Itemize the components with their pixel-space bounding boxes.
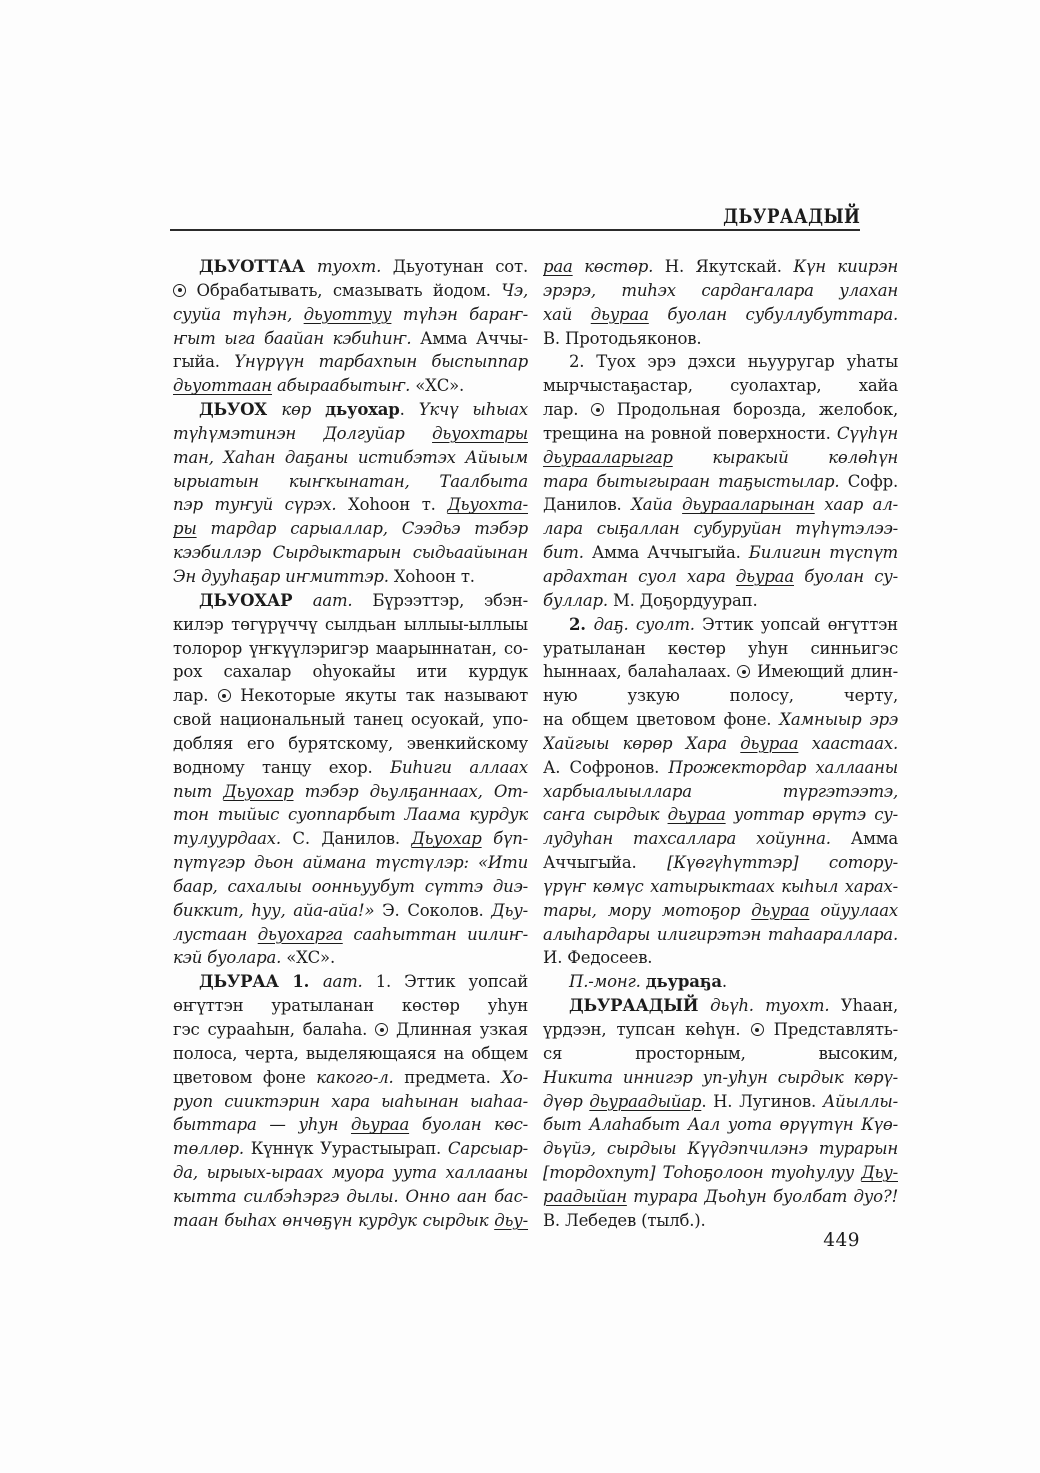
body-text: Дьу- — [491, 901, 528, 920]
body-text: Хоһоон т. — [394, 567, 475, 586]
body-text: какого-л. — [316, 1068, 404, 1087]
text-line: пыт Дьуохар тэбэр дьулҕаннаах, От- — [173, 780, 528, 804]
body-text: саҥа сырдык — [543, 805, 668, 824]
body-text: алыһардары илигирэтэн таһаараллара. — [543, 925, 898, 944]
body-text: пыт — [173, 782, 223, 801]
text-line: раадыйан турара Дьоһун буолбат дуо?! — [543, 1185, 898, 1209]
body-text: ную узкую полосу, черту, выделяющуюся — [543, 686, 898, 708]
body-text: тан, Хаһан даҕаны истибэтэх Айыым — [173, 448, 528, 467]
text-line: толорор үҥкүүлэригэр маарыннатан, со- — [173, 637, 528, 661]
body-text: Үкчү ыһыах — [419, 400, 528, 419]
text-line: ры тардар сарыаллар, Сээдьэ тэбэр дьү- — [173, 517, 528, 541]
text-line: кээбиллэр Сырдыктарын сыдьаайынан — [173, 541, 528, 565]
body-text: баар, сахалыы оонньуубут сүттэ диэ- — [173, 877, 528, 896]
body-text: добляя его бурятскому, эвенкийскому хоро… — [173, 734, 528, 756]
body-text: водному танцу ехор. — [173, 758, 390, 777]
text-line: быттара — уһун дьураа буолан көс- — [173, 1113, 528, 1137]
headword-reference: дьу- — [494, 1211, 528, 1230]
text-line: гыйа. Үнүрүүн тарбахпын быспыппар — [173, 350, 528, 374]
headword-reference: Дьу- — [861, 1163, 898, 1182]
text-line: буллар. М. Доҕордуурап. — [543, 589, 898, 613]
body-text: рох сахалар оһуокайы ити курдук ааттыы- — [173, 662, 528, 684]
text-line: на общем цветовом фоне. Хамныыр эрэ — [543, 708, 898, 732]
text-line: дьурааларыгар кыракый көлөһүн таммах- — [543, 446, 898, 470]
headword-reference: Дьуохта- — [447, 495, 528, 514]
body-text: уоттар өрүтэ су- — [726, 805, 898, 824]
body-text: Представлять- — [764, 1020, 898, 1039]
body-text: тары, мору мотоҕор — [543, 901, 751, 920]
headword-reference: дьуохтары — [432, 424, 528, 443]
body-text: бүп- — [482, 829, 528, 848]
text-line: ДЬУОХАР аат. Бүрээттэр, эбэн- — [173, 589, 528, 613]
body-text: В. Лебедев (тылб.). — [543, 1211, 706, 1230]
body-text: Хоһоон т. — [348, 495, 447, 514]
headword-reference: дьуоттаан — [173, 376, 272, 395]
body-text: да, ырыых-ыраах муора уута халлааны — [173, 1163, 528, 1182]
body-text: көр — [281, 400, 325, 419]
headword-reference: дьураа — [668, 805, 726, 824]
text-line: ДЬУОТТАА туохт. Дьуотунан сот. — [173, 255, 528, 279]
body-text: Сүүһүн — [837, 424, 898, 443]
running-head: ДЬУРААДЫЙ — [170, 204, 860, 228]
body-text: ойуулаах — [809, 901, 898, 920]
headword-text: ДЬУРАА 1. — [199, 972, 323, 991]
body-text: дьүһ. туохт. — [710, 996, 841, 1015]
body-text: пүтүгэр дьон аймана түстүлэр: «Ити — [173, 853, 528, 872]
header-rule — [170, 229, 860, 231]
body-text: аат. — [313, 591, 373, 610]
text-line: ДЬУРААДЫЙ дьүһ. туохт. Уһаан, — [543, 994, 898, 1018]
body-text: Амма Аччыгыйа. — [592, 543, 749, 562]
page-number: 449 — [700, 1230, 860, 1251]
headword-reference: дьуоттуу — [304, 305, 392, 324]
body-text: буолан субуллубуттара. — [649, 305, 898, 324]
body-text: быт Алаһабыт Аал уота өрүүтүн Күө- — [543, 1115, 898, 1134]
body-text: Э. Соколов. — [382, 901, 491, 920]
text-line: П.-монг. дьураҕа. — [543, 970, 898, 994]
headword-reference: дьураа — [751, 901, 809, 920]
text-line: мырчыстаҕастар, суолахтар, хайа барыы- — [543, 374, 898, 398]
body-text: толорор үҥкүүлэригэр маарыннатан, со- — [173, 639, 528, 658]
text-line: кытта силбэһэргэ дылы. Онно аан бас- — [173, 1185, 528, 1209]
body-text: килэр төгүрүччү сылдьан ыллыы-ыллыы — [173, 615, 528, 634]
body-text: тулуурдаах. — [173, 829, 292, 848]
body-text: тэбэр дьулҕаннаах, От- — [294, 782, 528, 801]
body-text: хай — [543, 305, 591, 324]
text-line: быт Алаһабыт Аал уота өрүүтүн Күө- — [543, 1113, 898, 1137]
headword-reference: Дьуохар — [223, 782, 293, 801]
body-text: Чэ, — [501, 281, 528, 300]
text-line: свой национальный танец осуокай, упо- — [173, 708, 528, 732]
text-line: лар. Продольная борозда, желобок, — [543, 398, 898, 422]
body-text: свой национальный танец осуокай, упо- — [173, 710, 528, 729]
headword-text: дьуохар — [325, 400, 399, 419]
body-text: гэс сурааһын, балаһа. — [173, 1020, 375, 1039]
headword-text: 2. — [569, 615, 594, 634]
body-text: кытта силбэһэргэ дылы. Онно аан бас- — [173, 1187, 528, 1206]
text-line: руоп сииктэрин хара ыаһынан ыаһаа- — [173, 1090, 528, 1114]
body-text: харбыалыыллара түргэтээтэ, саҥаттан — [543, 782, 898, 804]
text-line: В. Протодьяконов. — [543, 327, 898, 351]
text-line: 2. Туох эрэ дэхси ньууругар уһаты — [543, 350, 898, 374]
headword-reference: Дьуохар — [411, 829, 481, 848]
body-text: һыннаах, балаһалаах. — [543, 662, 737, 681]
body-text: цветовом фоне — [173, 1068, 316, 1087]
text-column-left: ДЬУОТТАА туохт. Дьуотунан сот. Обрабатыв… — [173, 255, 528, 1233]
text-line: Данилов. Хайа дьурааларынан хаар ал- — [543, 493, 898, 517]
body-text: бит. — [543, 543, 592, 562]
body-text: эрэрэ, тиһэх сардаҥалара улахан кытар- — [543, 281, 898, 303]
body-text: уратыланан көстөр уһун синньигэс сураа- — [543, 639, 898, 661]
text-line: цветовом фоне какого-л. предмета. Хо- — [173, 1066, 528, 1090]
text-line: рох сахалар оһуокайы ити курдук ааттыы- — [173, 660, 528, 684]
text-line: А. Софронов. Прожектордар халлааны — [543, 756, 898, 780]
text-line: эрэрэ, тиһэх сардаҥалара улахан кытар- — [543, 279, 898, 303]
text-line: тара бытыгыраан таҕыстылар. Софр. — [543, 470, 898, 494]
text-line: дүөр дьураадыйар. Н. Лугинов. Айыллы- — [543, 1090, 898, 1114]
body-text: үрүҥ көмүс хатырыктаах кыһыл харах- — [543, 877, 898, 896]
text-line: ся просторным, высоким, величественным. — [543, 1042, 898, 1066]
text-line: хай дьураа буолан субуллубуттара. — [543, 303, 898, 327]
sense-marker-icon — [737, 665, 750, 678]
body-text: С. Данилов. — [292, 829, 411, 848]
body-text: И. Федосеев. — [543, 948, 652, 967]
body-text: аат. — [323, 972, 376, 991]
body-text: Амма — [851, 829, 898, 848]
text-line: алыһардары илигирэтэн таһаараллара. — [543, 923, 898, 947]
sense-marker-icon — [173, 284, 186, 297]
text-line: кэй буолара. «ХС». — [173, 946, 528, 970]
text-column-right: раа көстөр. Н. Якутскай. Күн киирэнэрэрэ… — [543, 255, 898, 1233]
body-text: Хайгыы көрөр Хара — [543, 734, 740, 753]
body-text: 1. Эттик уопсай — [376, 972, 528, 991]
headword-reference: дьураадыйар — [589, 1092, 701, 1111]
body-text: өҥүттэн уратыланан көстөр уһун синньи- — [173, 996, 528, 1018]
body-text: буолан су- — [794, 567, 898, 586]
body-text: дүөр — [543, 1092, 589, 1111]
body-text: кэй буолара. — [173, 948, 286, 967]
body-text: . — [400, 400, 419, 419]
body-text: Прожектордар халлааны — [668, 758, 898, 777]
text-line: өҥүттэн уратыланан көстөр уһун синньи- — [173, 994, 528, 1018]
body-text: М. Доҕордуурап. — [613, 591, 758, 610]
body-text: гыйа. — [173, 352, 234, 371]
text-line: лустаан дьуохарга сааһыттан иилиҥ- — [173, 923, 528, 947]
body-text: Күннүк Уурастыырап. — [251, 1139, 448, 1158]
body-text: тон тыйыс суоппарбыт Лаама курдук — [173, 805, 528, 824]
body-text: на общем цветовом фоне. — [543, 710, 779, 729]
body-text: ҥыт ыга баайан кэбиһиҥ. — [173, 329, 420, 348]
body-text: Уһаан, — [841, 996, 898, 1015]
running-head-title: ДЬУРААДЫЙ — [723, 204, 860, 228]
body-text: П.-монг. — [569, 972, 646, 991]
body-text: абыраабытыҥ. — [272, 376, 415, 395]
text-line: гэс сурааһын, балаһа. Длинная узкая — [173, 1018, 528, 1042]
text-line: трещина на ровной поверхности. Сүүһүн — [543, 422, 898, 446]
text-line: лара сыҕаллан субуруйан түһүтэлээ- — [543, 517, 898, 541]
text-line: водному танцу ехор. Биһиги аллаах газик- — [173, 756, 528, 780]
text-line: лар. Некоторые якуты так называют — [173, 684, 528, 708]
body-text: Билигин түспүт — [749, 543, 898, 562]
body-text: Обрабатывать, смазывать йодом. — [186, 281, 501, 300]
text-line: килэр төгүрүччү сылдьан ыллыы-ыллыы — [173, 613, 528, 637]
headword-reference: ры — [173, 519, 197, 538]
body-text: пэр туҥуй сүрэх. — [173, 495, 348, 514]
body-text: Күн киирэн — [793, 257, 898, 276]
body-text: үрдээн, тупсан көһүн. — [543, 1020, 751, 1039]
body-text: сааһыттан иилиҥ- — [343, 925, 528, 944]
body-text: . Н. Лугинов. — [701, 1092, 823, 1111]
body-text: «ХС». — [286, 948, 335, 967]
body-text: буллар. — [543, 591, 613, 610]
headword-reference: раа — [543, 257, 573, 276]
body-text: Аччыгыйа. — [543, 853, 667, 872]
headword-text: ДЬУОХ — [199, 400, 281, 419]
body-text: лар. — [543, 400, 591, 419]
body-text: буолан көс- — [409, 1115, 528, 1134]
body-text: Длинная узкая — [388, 1020, 528, 1039]
body-text: 2. Туох эрэ дэхси ньууругар уһаты — [569, 352, 898, 371]
text-line: үрдээн, тупсан көһүн. Представлять- — [543, 1018, 898, 1042]
body-text: Эттик уопсай өҥүттэн — [702, 615, 898, 634]
text-line: сууйа түһэн, дьуоттуу түһэн бараҥ- — [173, 303, 528, 327]
text-line: тары, мору мотоҕор дьураа ойуулаах — [543, 899, 898, 923]
sense-marker-icon — [751, 1023, 764, 1036]
text-line: уратыланан көстөр уһун синньигэс сураа- — [543, 637, 898, 661]
text-line: Эн дууһаҕар иҥмиттэр. Хоһоон т. — [173, 565, 528, 589]
body-text: Н. Якутскай. — [665, 257, 794, 276]
text-line: саҥа сырдык дьураа уоттар өрүтэ су- — [543, 803, 898, 827]
body-text: сууйа түһэн, — [173, 305, 304, 324]
body-text: көстөр. — [573, 257, 665, 276]
text-line: Никита иннигэр уп-уһун сырдык көрү- — [543, 1066, 898, 1090]
body-text: ардахтан суол хара — [543, 567, 736, 586]
body-text: Софр. — [848, 472, 898, 491]
body-text: дьүйэ, сырдыы Күүдэпчилэнэ турарын — [543, 1139, 898, 1158]
headword-reference: дьурааларынан — [682, 495, 815, 514]
text-line: үрүҥ көмүс хатырыктаах кыһыл харах- — [543, 875, 898, 899]
headword-reference: дьураа — [351, 1115, 409, 1134]
headword-reference: дьураа — [736, 567, 794, 586]
text-line: дьүйэ, сырдыы Күүдэпчилэнэ турарын — [543, 1137, 898, 1161]
text-line: таан быһах өнчөҕүн курдук сырдык дьу- — [173, 1209, 528, 1233]
body-text: Продольная борозда, желобок, — [604, 400, 898, 419]
text-line: баар, сахалыы оонньуубут сүттэ диэ- — [173, 875, 528, 899]
headword-text: ДЬУОХАР — [199, 591, 313, 610]
dictionary-page: ДЬУРААДЫЙ ДЬУОТТАА туохт. Дьуотунан сот.… — [0, 0, 1040, 1473]
text-line: Аччыгыйа. [Күөгүһүттэр] сотору-сотору — [543, 851, 898, 875]
body-text: трещина на ровной поверхности. — [543, 424, 837, 443]
body-text: төллөр. — [173, 1139, 251, 1158]
body-text: тардар сарыаллар, Сээдьэ тэбэр дьү- — [173, 519, 528, 541]
text-line: тан, Хаһан даҕаны истибэтэх Айыым — [173, 446, 528, 470]
body-text: Хамныыр эрэ — [779, 710, 898, 729]
body-text: Данилов. — [543, 495, 631, 514]
body-text: [тордохпут] Тоһоҕолоон туоһулуу — [543, 1163, 861, 1182]
body-text: руоп сииктэрин хара ыаһынан ыаһаа- — [173, 1092, 528, 1111]
text-line: дьуоттаан абыраабытыҥ. «ХС». — [173, 374, 528, 398]
body-text: хаар ал- — [815, 495, 898, 514]
text-line: раа көстөр. Н. Якутскай. Күн киирэн — [543, 255, 898, 279]
text-line: Хайгыы көрөр Хара дьураа хаастаах. — [543, 732, 898, 756]
body-text: Некоторые якуты так называют — [231, 686, 528, 705]
body-text: Никита иннигэр уп-уһун сырдык көрү- — [543, 1068, 898, 1087]
body-text: ся просторным, высоким, величественным. — [543, 1044, 898, 1066]
text-line: Обрабатывать, смазывать йодом. Чэ, — [173, 279, 528, 303]
body-text: Эн дууһаҕар иҥмиттэр. — [173, 567, 394, 586]
sense-marker-icon — [591, 403, 604, 416]
text-line: да, ырыых-ыраах муора уута халлааны — [173, 1161, 528, 1185]
body-text: кээбиллэр Сырдыктарын сыдьаайынан — [173, 543, 528, 562]
headword-reference: раадыйан — [543, 1187, 627, 1206]
text-line: 2. даҕ. суолт. Эттик уопсай өҥүттэн — [543, 613, 898, 637]
text-line: добляя его бурятскому, эвенкийскому хоро… — [173, 732, 528, 756]
body-text: Айыллы- — [823, 1092, 898, 1111]
text-line: һыннаах, балаһалаах. Имеющий длин- — [543, 660, 898, 684]
text-line: ную узкую полосу, черту, выделяющуюся — [543, 684, 898, 708]
text-line: ДЬУОХ көр дьуохар. Үкчү ыһыах — [173, 398, 528, 422]
body-text: «ХС». — [415, 376, 464, 395]
body-text: Дьуотунан сот. — [393, 257, 528, 276]
headword-reference: дьурааларыгар — [543, 448, 673, 467]
body-text: Сарсыар- — [448, 1139, 528, 1158]
body-text: Хайа — [631, 495, 682, 514]
text-line: тулуурдаах. С. Данилов. Дьуохар бүп- — [173, 827, 528, 851]
body-text: туохт. — [317, 257, 393, 276]
text-line: полоса, черта, выделяющаяся на общем — [173, 1042, 528, 1066]
body-text: Хо- — [501, 1068, 528, 1087]
text-line: төллөр. Күннүк Уурастыырап. Сарсыар- — [173, 1137, 528, 1161]
text-line: ардахтан суол хара дьураа буолан су- — [543, 565, 898, 589]
headword-text: ДЬУОТТАА — [199, 257, 317, 276]
text-line: харбыалыыллара түргэтээтэ, саҥаттан — [543, 780, 898, 804]
body-text: лудуһан тахсаллара хойунна. — [543, 829, 851, 848]
text-line: И. Федосеев. — [543, 946, 898, 970]
body-text: . — [722, 972, 727, 991]
body-text: хаастаах. — [798, 734, 898, 753]
body-text: ырыатын кыҥкынатан, Таалбыта түөс- — [173, 472, 528, 494]
body-text: таан быһах өнчөҕүн курдук сырдык — [173, 1211, 494, 1230]
headword-reference: дьуохарга — [258, 925, 343, 944]
text-line: биккит, һуу, айа-айа!» Э. Соколов. Дьу- — [173, 899, 528, 923]
body-text: А. Софронов. — [543, 758, 668, 777]
text-line: лудуһан тахсаллара хойунна. Амма — [543, 827, 898, 851]
body-text: түһэн бараҥ- — [391, 305, 528, 324]
body-text: В. Протодьяконов. — [543, 329, 701, 348]
text-line: пэр туҥуй сүрэх. Хоһоон т. Дьуохта- — [173, 493, 528, 517]
body-text: лустаан — [173, 925, 258, 944]
text-line: ДЬУРАА 1. аат. 1. Эттик уопсай — [173, 970, 528, 994]
text-line: ҥыт ыга баайан кэбиһиҥ. Амма Аччы- — [173, 327, 528, 351]
text-line: [тордохпут] Тоһоҕолоон туоһулуу Дьу- — [543, 1161, 898, 1185]
headword-reference: дьураа — [740, 734, 798, 753]
body-text: Бүрээттэр, эбэн- — [372, 591, 528, 610]
body-text: Имеющий длин- — [750, 662, 898, 681]
body-text: лара сыҕаллан субуруйан түһүтэлээ- — [543, 519, 898, 538]
body-text: даҕ. суолт. — [594, 615, 703, 634]
text-line: түһүмэтинэн Долгуйар дьуохтары сана- — [173, 422, 528, 446]
body-text: мырчыстаҕастар, суолахтар, хайа барыы- — [543, 376, 898, 398]
headword-text: ДЬУРААДЫЙ — [569, 996, 710, 1015]
text-line: бит. Амма Аччыгыйа. Билигин түспүт — [543, 541, 898, 565]
body-text: Амма Аччы- — [420, 329, 528, 348]
text-line: тон тыйыс суоппарбыт Лаама курдук — [173, 803, 528, 827]
body-text: Үнүрүүн тарбахпын быспыппар — [234, 352, 528, 371]
headword-reference: дьураа — [591, 305, 649, 324]
body-text: турара Дьоһун буолбат дуо?! — [627, 1187, 898, 1206]
sense-marker-icon — [218, 689, 231, 702]
text-line: ырыатын кыҥкынатан, Таалбыта түөс- — [173, 470, 528, 494]
body-text: быттара — уһун — [173, 1115, 351, 1134]
sense-marker-icon — [375, 1023, 388, 1036]
body-text: предмета. — [404, 1068, 501, 1087]
body-text: полоса, черта, выделяющаяся на общем — [173, 1044, 528, 1063]
body-text: түһүмэтинэн Долгуйар — [173, 424, 432, 443]
body-text: лар. — [173, 686, 218, 705]
body-text: тара бытыгыраан таҕыстылар. — [543, 472, 848, 491]
text-line: пүтүгэр дьон аймана түстүлэр: «Ити — [173, 851, 528, 875]
headword-text: дьураҕа — [646, 972, 722, 991]
body-text: биккит, һуу, айа-айа!» — [173, 901, 382, 920]
